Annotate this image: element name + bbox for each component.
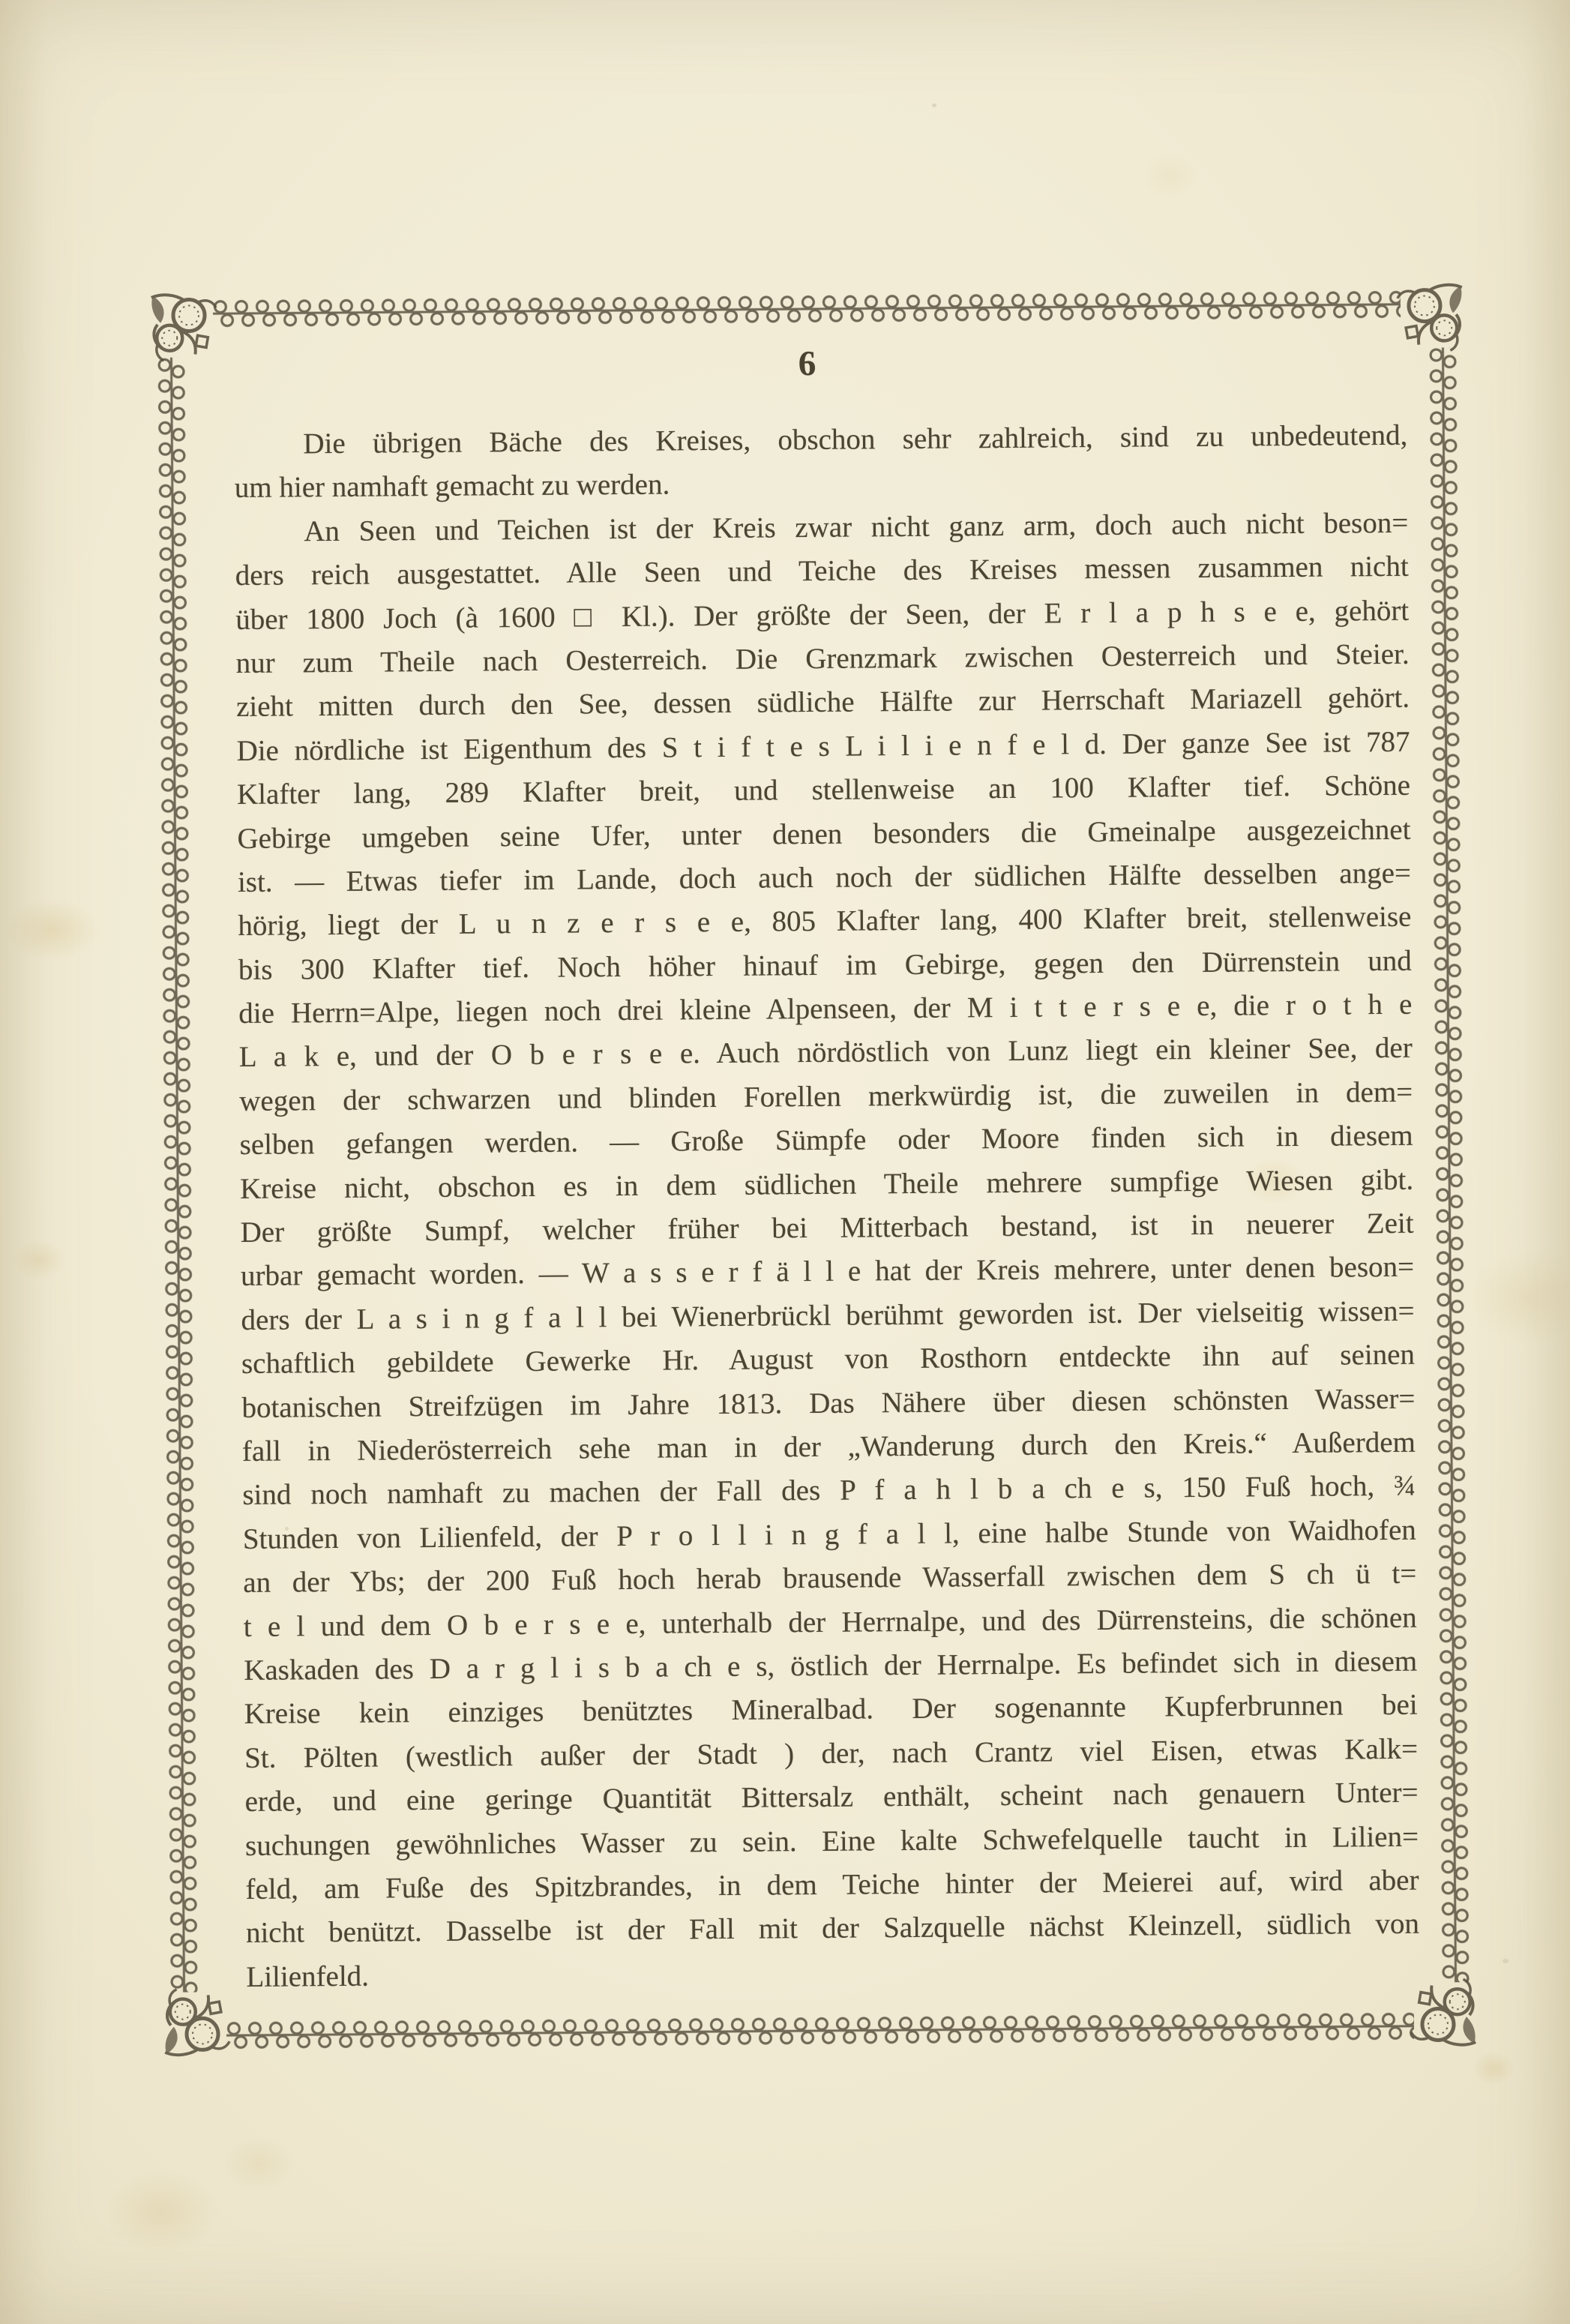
border-top bbox=[213, 288, 1401, 330]
text-line: Lilienfeld. bbox=[246, 1946, 1419, 1999]
border-left bbox=[154, 358, 200, 1993]
paragraph: An Seen und Teichen ist der Kreis zwar n… bbox=[235, 502, 1420, 2000]
ink-speck bbox=[1503, 1959, 1509, 1963]
ornamental-border bbox=[147, 281, 1467, 292]
text-line: nicht benützt. Dasselbe ist der Fall mit… bbox=[246, 1903, 1419, 1956]
corner-ornament-bottom-left bbox=[160, 1986, 233, 2059]
ink-speck bbox=[932, 103, 936, 107]
border-right bbox=[1426, 347, 1472, 1982]
page-sheet: 6 Die übrigen Bäche des Kreises, obschon… bbox=[147, 281, 1480, 2059]
border-bottom bbox=[226, 2010, 1414, 2052]
scanned-page: { "document": { "page_number": "6", "lan… bbox=[0, 0, 1570, 2324]
body-text: Die übrigen Bäche des Kreises, obschon s… bbox=[234, 414, 1419, 1999]
page-number: 6 bbox=[147, 338, 1467, 389]
paragraph: Die übrigen Bäche des Kreises, obschon s… bbox=[234, 414, 1408, 511]
